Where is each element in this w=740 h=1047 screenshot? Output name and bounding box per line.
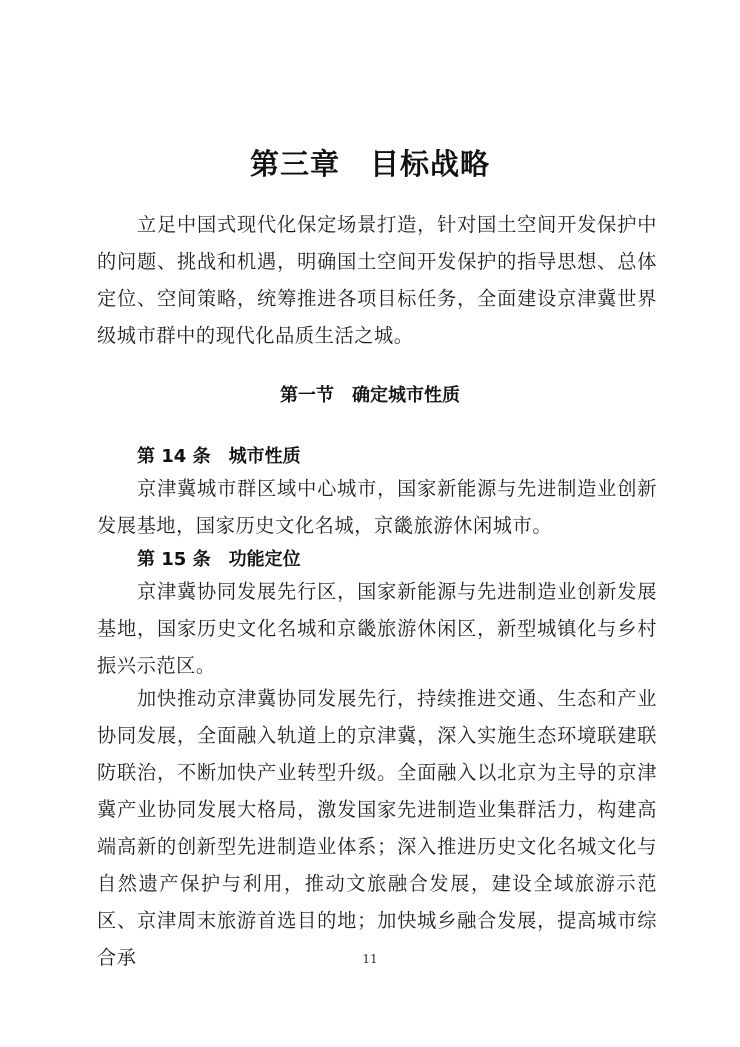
- article-15-paragraph-2: 加快推动京津冀协同发展先行，持续推进交通、生态和产业协同发展，全面融入轨道上的京…: [97, 680, 657, 976]
- chapter-title: 第三章 目标战略: [0, 142, 740, 183]
- chapter-intro-paragraph: 立足中国式现代化保定场景打造，针对国土空间开发保护中的问题、挑战和机遇，明确国土…: [97, 206, 657, 354]
- article-14-paragraph: 京津冀城市群区域中心城市，国家新能源与先进制造业创新发展基地，国家历史文化名城，…: [97, 470, 657, 544]
- article-15-paragraph-1: 京津冀协同发展先行区，国家新能源与先进制造业创新发展基地，国家历史文化名城和京畿…: [97, 573, 657, 684]
- article-15-title: 第 15 条 功能定位: [137, 545, 301, 571]
- document-page: 第三章 目标战略 立足中国式现代化保定场景打造，针对国土空间开发保护中的问题、挑…: [0, 0, 740, 1047]
- page-number: 11: [0, 952, 740, 966]
- section-title: 第一节 确定城市性质: [0, 381, 740, 407]
- article-14-title: 第 14 条 城市性质: [137, 442, 301, 468]
